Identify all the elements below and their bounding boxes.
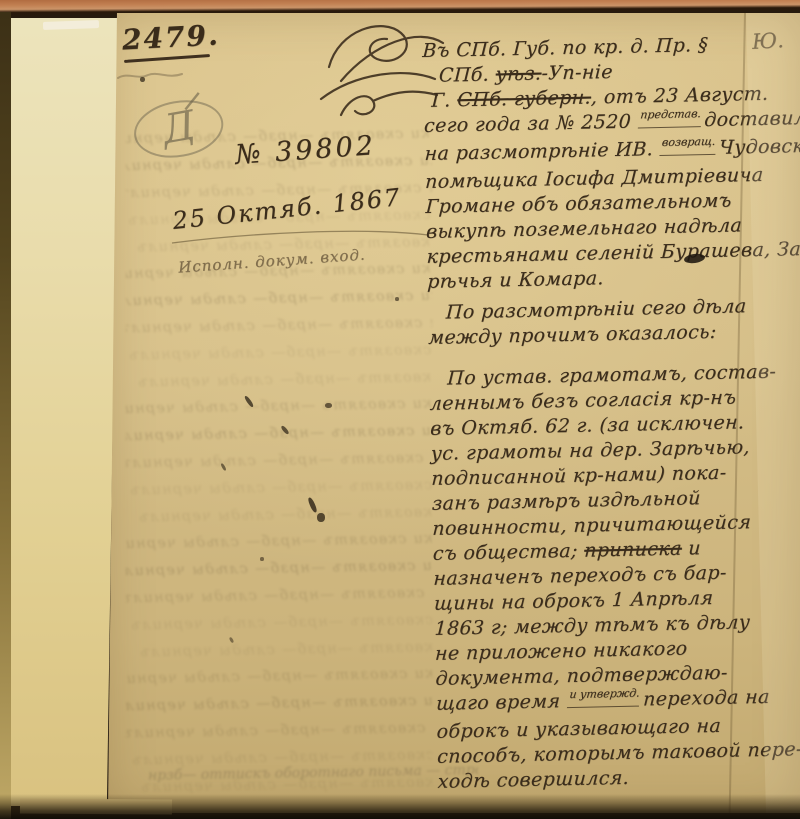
pencil-reviewer-mark: Д bbox=[119, 75, 236, 176]
inserted-word: возвращ. bbox=[659, 129, 718, 156]
ink-speck bbox=[317, 513, 325, 522]
word-run: СПб. bbox=[438, 63, 496, 86]
show-through-row: нрзб— оттискъ оборотнаго письма — строки… bbox=[126, 524, 432, 553]
word-run: не приложено никакого bbox=[435, 638, 688, 665]
show-through-row: нрзб— оттискъ оборотнаго письма — строки… bbox=[126, 551, 432, 580]
page-edge-highlight bbox=[43, 20, 99, 30]
registry-number: 2479. bbox=[121, 18, 220, 56]
bottom-desk-shadow bbox=[0, 794, 800, 819]
show-through-row: нрзб— оттискъ оборотнаго письма — строки… bbox=[139, 632, 432, 661]
word-run: Въ СПб. Губ. по кр. д. Пр. § bbox=[422, 34, 709, 62]
word-run: оброкъ и указывающаго на bbox=[436, 715, 721, 743]
underlying-page-edge bbox=[9, 18, 119, 806]
show-through-row: нрзб— оттискъ оборотнаго письма — строки… bbox=[126, 389, 432, 418]
grey-squiggle-mark bbox=[116, 70, 186, 82]
word-run: Г. bbox=[431, 89, 458, 112]
binding-edge bbox=[0, 12, 11, 819]
show-through-row: нрзб— оттискъ оборотнаго письма — строки… bbox=[126, 578, 432, 607]
show-through-row: нрзб— оттискъ оборотнаго письма — строки… bbox=[126, 713, 432, 742]
show-through-row: нрзб— оттискъ оборотнаго письма — строки… bbox=[126, 443, 432, 472]
show-through-row: нрзб— оттискъ оборотнаго письма — строки… bbox=[130, 605, 432, 634]
show-through-row: нрзб— оттискъ оборотнаго письма — строки… bbox=[138, 497, 432, 526]
struck-word: СПб. губерн. bbox=[457, 86, 592, 111]
date-underline-swoosh bbox=[170, 225, 432, 247]
ink-speck bbox=[325, 403, 332, 408]
pencil-initial-letter: Д bbox=[157, 102, 200, 154]
struck-word: приписка bbox=[584, 538, 683, 562]
struck-word: уѣз. bbox=[495, 62, 542, 85]
show-through-row: нрзб— оттискъ оборотнаго письма — строки… bbox=[126, 659, 432, 688]
show-through-row: нрзб— оттискъ оборотнаго письма — строки… bbox=[129, 470, 432, 499]
archival-scan: нрзб— оттискъ оборотнаго письма — строки… bbox=[0, 0, 800, 819]
word-run: занъ размѣръ издѣльной bbox=[431, 487, 701, 515]
ink-speck bbox=[140, 77, 145, 82]
manuscript-page: нрзб— оттискъ оборотнаго письма — строки… bbox=[108, 13, 800, 813]
word-run: -Уп-ніе bbox=[541, 61, 614, 85]
show-through-row: нрзб— оттискъ оборотнаго письма — строки… bbox=[137, 362, 432, 391]
word-run: между прочимъ оказалось: bbox=[428, 321, 717, 349]
word-run: перехода на bbox=[643, 686, 771, 711]
word-run: и bbox=[681, 537, 701, 559]
word-run: сего года за № 2520 bbox=[424, 110, 639, 136]
inserted-word: и утвержд. bbox=[567, 681, 642, 709]
show-through-row: нрзб— оттискъ оборотнаго письма — строки… bbox=[126, 281, 432, 310]
show-through-row: нрзб— оттискъ оборотнаго письма — строки… bbox=[126, 416, 432, 445]
word-run: на разсмотрѣніе ИВ. bbox=[424, 138, 660, 165]
word-run: съ общества; bbox=[432, 540, 584, 565]
word-run: щаго время bbox=[436, 690, 568, 715]
show-through-row: нрзб— оттискъ оборотнаго письма — строки… bbox=[128, 335, 432, 364]
show-through-row: нрзб— оттискъ оборотнаго письма — строки… bbox=[126, 308, 432, 337]
ink-speck bbox=[260, 557, 264, 561]
inserted-word: представ. bbox=[637, 101, 703, 128]
show-through-row: нрзб— оттискъ оборотнаго письма — строки… bbox=[126, 686, 432, 715]
ink-speck bbox=[395, 297, 399, 301]
word-run: рѣчья и Комара. bbox=[427, 267, 605, 293]
word-run: щины на оброкъ 1 Апрѣля bbox=[433, 587, 713, 615]
